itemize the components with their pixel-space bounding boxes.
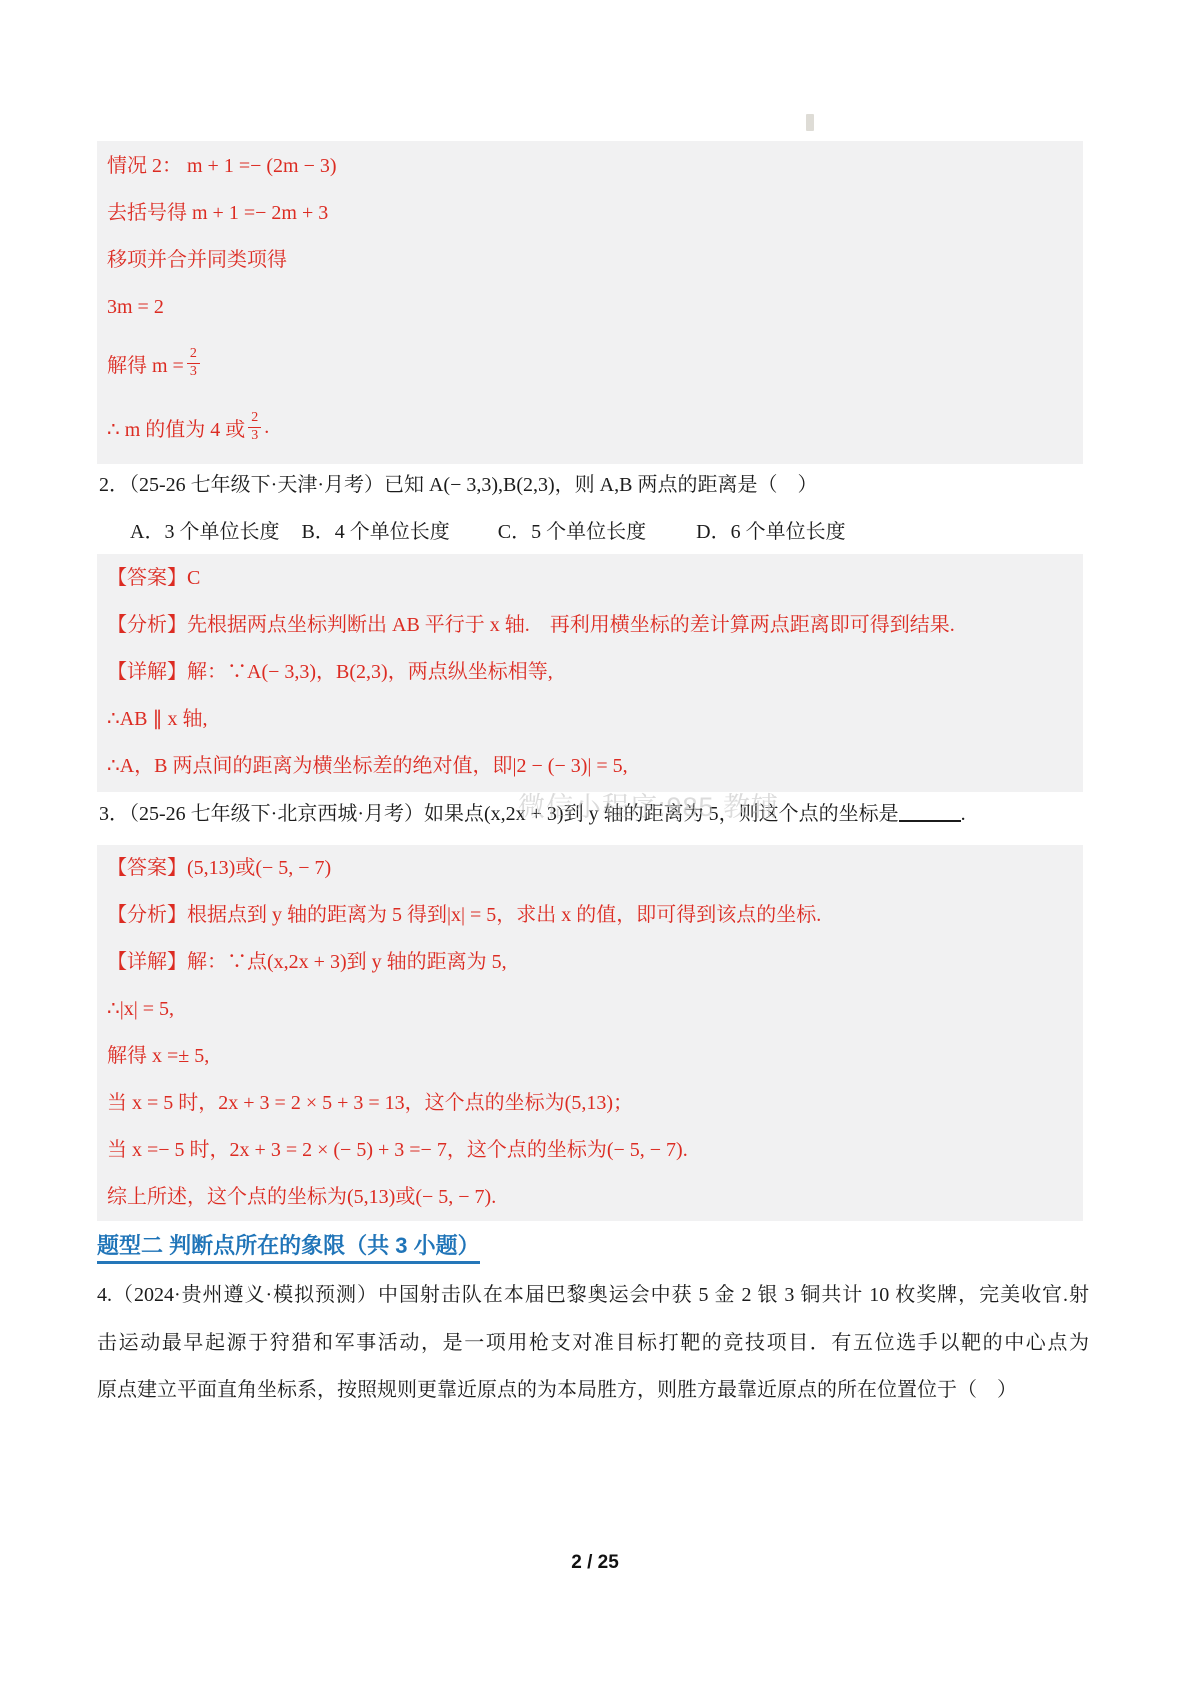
fraction: 2 3 [248,410,261,443]
section-heading: 题型二 判断点所在的象限（共 3 小题） [97,1224,480,1271]
solution-text: . [264,416,269,439]
fraction-denominator: 3 [248,427,261,444]
section-heading-text: 题型二 判断点所在的象限（共 3 小题） [97,1233,480,1264]
fraction-numerator: 2 [248,410,261,426]
solution-block-1: 情况 2： m + 1 =− (2m − 3) 去括号得 m + 1 =− 2m… [97,141,1083,464]
answer-line: 【答案】(5,13)或(− 5, − 7) [97,845,1083,892]
solution-line: ∴AB ∥ x 轴, [97,696,1083,743]
watermark: 微信小程序:985 教辅 [518,785,779,824]
analysis-line: 【分析】先根据两点坐标判断出 AB 平行于 x 轴. 再利用横坐标的差计算两点距… [97,602,1083,649]
question-2: 2．（25-26 七年级下·天津·月考）已知 A(− 3,3),B(2,3)，则… [97,462,1089,556]
fraction: 2 3 [187,346,200,379]
answer-blank [899,820,961,822]
solution-line: 【详解】解：∵A(− 3,3)，B(2,3)，两点纵坐标相等, [97,649,1083,696]
solution-line: 【详解】解：∵点(x,2x + 3)到 y 轴的距离为 5, [97,939,1083,986]
fraction-numerator: 2 [187,346,200,362]
question-4: 4.（2024·贵州遵义·模拟预测）中国射击队在本届巴黎奥运会中获 5 金 2 … [97,1272,1089,1415]
question-2-options: A．3 个单位长度B．4 个单位长度C．5 个单位长度D．6 个单位长度 [97,509,1089,556]
option-a: A．3 个单位长度 [130,521,279,543]
question-4-line: 原点建立平面直角坐标系，按照规则更靠近原点的为本局胜方，则胜方最靠近原点的所在位… [97,1367,1089,1415]
answer-line: 【答案】C [97,555,1083,602]
cursor-artifact [806,114,814,131]
option-c: C．5 个单位长度 [498,521,646,543]
solution-line: 综上所述，这个点的坐标为(5,13)或(− 5, − 7). [97,1174,1083,1221]
solution-line: 当 x =− 5 时，2x + 3 = 2 × (− 5) + 3 =− 7，这… [97,1127,1083,1174]
solution-line-fraction: 解得 m = 2 3 [97,331,1083,395]
question-4-line: 击运动最早起源于狩猎和军事活动，是一项用枪支对准目标打靶的竞技项目．有五位选手以… [97,1320,1089,1368]
option-d: D．6 个单位长度 [696,521,845,543]
solution-line: 移项并合并同类项得 [97,237,1083,284]
option-b: B．4 个单位长度 [301,521,449,543]
solution-text: 解得 m = [107,349,184,378]
solution-line: 解得 x =± 5, [97,1033,1083,1080]
solution-line: 当 x = 5 时，2x + 3 = 2 × 5 + 3 = 13，这个点的坐标… [97,1080,1083,1127]
solution-line: 去括号得 m + 1 =− 2m + 3 [97,190,1083,237]
question-4-line: 4.（2024·贵州遵义·模拟预测）中国射击队在本届巴黎奥运会中获 5 金 2 … [97,1272,1089,1320]
solution-block-3: 【答案】(5,13)或(− 5, − 7) 【分析】根据点到 y 轴的距离为 5… [97,845,1083,1221]
solution-block-2: 【答案】C 【分析】先根据两点坐标判断出 AB 平行于 x 轴. 再利用横坐标的… [97,554,1083,792]
solution-line: ∴A，B 两点间的距离为横坐标差的绝对值，即|2 − (− 3)| = 5, [97,743,1083,790]
question-3-text-post: . [961,803,966,825]
solution-text: ∴ m 的值为 4 或 [107,413,245,442]
page-number: 2 / 25 [0,1549,1190,1577]
question-2-text: 2．（25-26 七年级下·天津·月考）已知 A(− 3,3),B(2,3)，则… [97,462,1089,509]
solution-line: 情况 2： m + 1 =− (2m − 3) [97,143,1083,190]
analysis-line: 【分析】根据点到 y 轴的距离为 5 得到|x| = 5，求出 x 的值，即可得… [97,892,1083,939]
fraction-denominator: 3 [187,363,200,380]
solution-line: 3m = 2 [97,284,1083,331]
document-page: 情况 2： m + 1 =− (2m − 3) 去括号得 m + 1 =− 2m… [0,0,1190,1683]
solution-line-fraction: ∴ m 的值为 4 或 2 3 . [97,395,1083,459]
solution-line: ∴|x| = 5, [97,986,1083,1033]
